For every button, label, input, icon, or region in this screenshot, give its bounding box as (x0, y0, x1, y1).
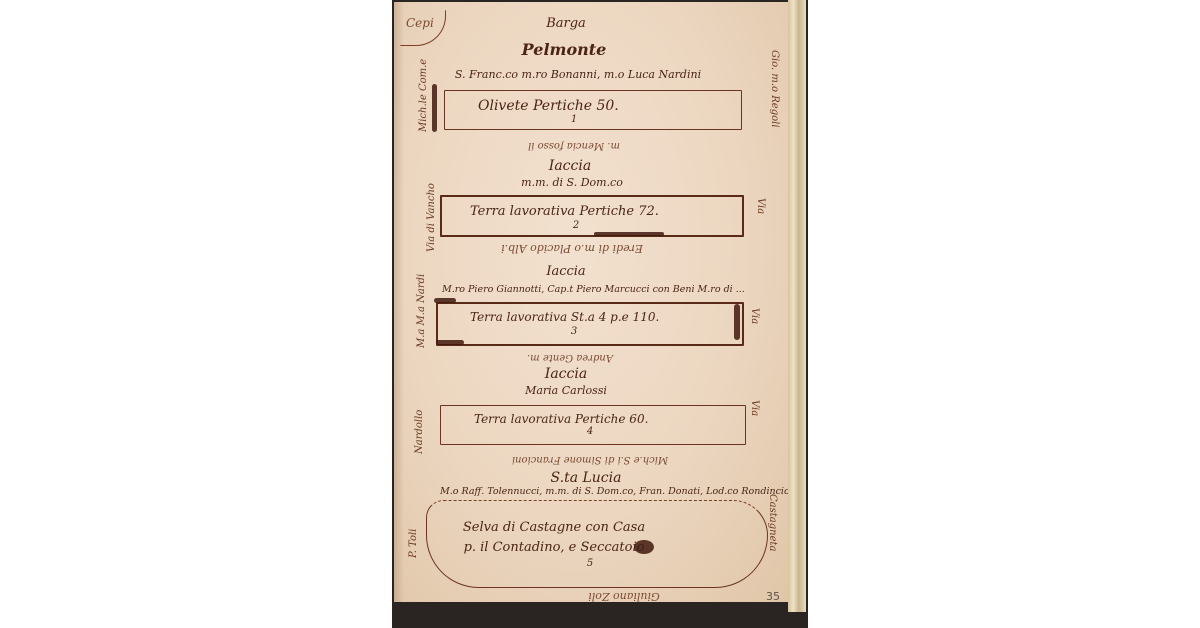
left-margin-note-1: Mich.le Com.e (418, 59, 429, 132)
parcel-text-3: Terra lavorativa St.a 4 p.e 110. (470, 310, 659, 324)
parcel-text-2: Terra lavorativa Pertiche 72. (470, 204, 659, 219)
parcel-number-4: 4 (587, 426, 593, 437)
upside-down-note-4: Mich.e S.i di Simone Francioni (512, 454, 668, 465)
locality-header-3: Iaccia (546, 264, 585, 279)
upside-down-note-1: m. Mencia fosso il (528, 140, 620, 151)
right-margin-note-1: Gio. m.o Regoli (769, 50, 780, 128)
locality-header-4: Iaccia (545, 366, 587, 382)
parcel-number-3: 3 (571, 326, 577, 337)
manuscript-scan: Cepi Barga Pelmonte S. Franc.co m.ro Bon… (392, 0, 808, 628)
owners-line-3: M.ro Piero Giannotti, Cap.t Piero Marcuc… (442, 284, 745, 295)
owners-line-2: m.m. di S. Dom.co (521, 176, 623, 189)
sub-locality-1: Pelmonte (522, 40, 607, 59)
spine-shadow (394, 2, 404, 602)
parcel-number-2: 2 (573, 220, 579, 231)
left-margin-note-3: M.a M.a Nardi (416, 274, 427, 348)
ink-blot (634, 540, 654, 554)
locality-header-2: Iaccia (549, 158, 591, 174)
right-margin-note-3: Via (749, 308, 760, 324)
owners-line-4: Maria Carlossi (525, 384, 607, 397)
page-number: 35 (766, 590, 780, 603)
parcel-line-5a: Selva di Castagne con Casa (463, 520, 645, 535)
locality-header-1: Barga (546, 16, 586, 31)
right-margin-note-5: Castagneta (767, 494, 778, 551)
upside-down-note-3: Andrea Gente m. (527, 352, 613, 363)
manuscript-page: Cepi Barga Pelmonte S. Franc.co m.ro Bon… (394, 2, 791, 602)
owners-line-1: S. Franc.co m.ro Bonanni, m.o Luca Nardi… (455, 68, 701, 81)
left-margin-note-5: P. Toli (408, 529, 419, 558)
corner-arc (400, 10, 446, 46)
parcel-number-5: 5 (587, 558, 593, 569)
ink-blot (734, 304, 740, 340)
parcel-line-5b: p. il Contadino, e Seccatoio (464, 540, 645, 555)
ink-blot (432, 84, 437, 132)
ink-blot (594, 232, 664, 236)
upside-down-note-5: Giuliano Zoli (588, 590, 660, 603)
parcel-text-1: Olivete Pertiche 50. (478, 98, 619, 114)
right-margin-note-4: Via (749, 400, 760, 416)
locality-header-5: S.ta Lucia (551, 470, 622, 486)
parcel-text-4: Terra lavorativa Pertiche 60. (474, 412, 648, 426)
upside-down-note-2: Eredi di m.o Placido Alb.i (501, 242, 643, 255)
ink-blot (434, 298, 456, 303)
parcel-number-1: 1 (571, 114, 577, 125)
page-stack-edge (788, 0, 806, 612)
right-margin-note-2: Via (755, 198, 766, 214)
parcel-box-3 (436, 302, 744, 346)
owners-line-5: M.o Raff. Tolennucci, m.m. di S. Dom.co,… (440, 486, 798, 497)
left-margin-note-4: Nardollo (414, 410, 425, 454)
ink-blot (436, 340, 464, 345)
left-margin-note-2: Via di Vancho (426, 183, 437, 252)
